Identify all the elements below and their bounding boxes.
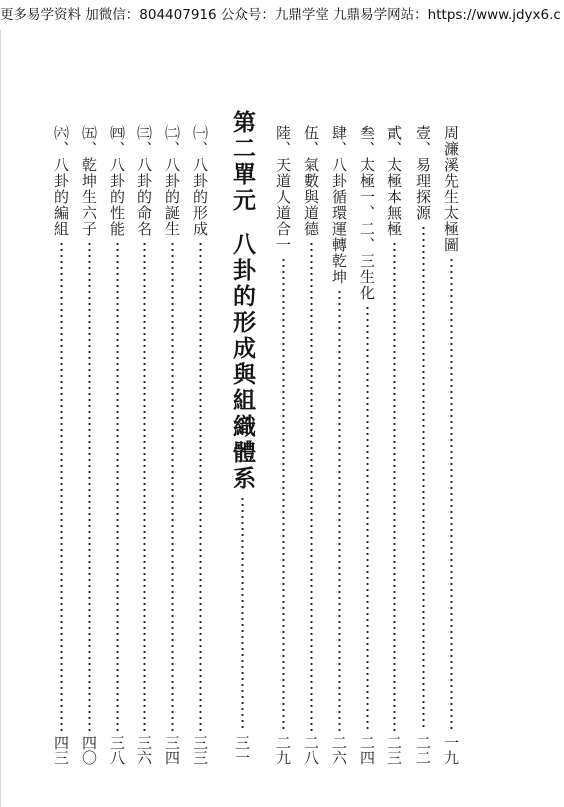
banner-text: 更多易学资料 加微信：804407916 公众号：九鼎学堂 九鼎易学网站：htt… bbox=[0, 0, 561, 30]
leader-dots bbox=[393, 241, 396, 731]
toc-entry-page: 二四 bbox=[356, 735, 378, 765]
toc-chapter-2[interactable]: 第二單元八卦的形成與組織體系 三一 bbox=[225, 110, 259, 765]
toc-entry-title: 壹、易理探源 bbox=[412, 125, 434, 221]
toc-page: 周濂溪先生太極圖 一九 壹、易理探源 二二 貳、太極本無極 二三 叁、太極一、二… bbox=[0, 30, 564, 807]
leader-dots bbox=[88, 241, 91, 731]
toc-entry-title: 伍、氣數與道德 bbox=[300, 125, 322, 237]
toc-entry-part-4[interactable]: 肆、八卦循環運轉乾坤 二六 bbox=[328, 125, 350, 765]
toc-entry-title: 周濂溪先生太極圖 bbox=[440, 125, 462, 253]
leader-dots bbox=[171, 241, 174, 731]
toc-entry-page: 三三 bbox=[189, 735, 211, 765]
leader-dots bbox=[338, 289, 341, 731]
toc-entry-page: 四〇 bbox=[78, 735, 100, 765]
leader-dots bbox=[282, 257, 285, 731]
toc-entry-title: ㈠、八卦的形成 bbox=[189, 125, 211, 237]
toc-entry-title: ㈡、八卦的誕生 bbox=[161, 125, 183, 237]
toc-entry-page: 四三 bbox=[50, 735, 72, 765]
toc-entry-title: 貳、太極本無極 bbox=[383, 125, 405, 237]
toc-entry-page: 二二 bbox=[412, 735, 434, 765]
toc-entry-part-1[interactable]: 壹、易理探源 二二 bbox=[412, 125, 434, 765]
toc-entry-page: 二三 bbox=[383, 735, 405, 765]
leader-dots bbox=[60, 241, 63, 731]
toc-entry-page: 二六 bbox=[328, 735, 350, 765]
toc-entry-part-6[interactable]: 陸、天道人道合一 二九 bbox=[272, 125, 294, 765]
toc-entry-title: ㈤、乾坤生六子 bbox=[78, 125, 100, 237]
toc-entry-page: 一九 bbox=[440, 735, 462, 765]
toc-entry-page: 二九 bbox=[272, 735, 294, 765]
toc-entry-page: 二八 bbox=[300, 735, 322, 765]
leader-dots bbox=[199, 241, 202, 731]
toc-entry-part-5[interactable]: 伍、氣數與道德 二八 bbox=[300, 125, 322, 765]
toc-entry-part-3[interactable]: 叁、太極一、二、三生化 二四 bbox=[356, 125, 378, 765]
toc-entry-page: 三一 bbox=[231, 735, 253, 765]
toc-entry-zhou-lianxi[interactable]: 周濂溪先生太極圖 一九 bbox=[440, 125, 462, 765]
toc-entry-page: 三八 bbox=[106, 735, 128, 765]
toc-entry-part-2[interactable]: 貳、太極本無極 二三 bbox=[383, 125, 405, 765]
chapter-title: 八卦的形成與組織體系 bbox=[229, 232, 256, 492]
leader-dots bbox=[116, 241, 119, 731]
toc-entry-page: 三六 bbox=[133, 735, 155, 765]
toc-subentry-3[interactable]: ㈢、八卦的命名 三六 bbox=[133, 125, 155, 765]
toc-entry-title: 叁、太極一、二、三生化 bbox=[356, 125, 378, 301]
watermark-banner: 更多易学资料 加微信：804407916 公众号：九鼎学堂 九鼎易学网站：htt… bbox=[0, 0, 564, 30]
leader-dots bbox=[143, 241, 146, 731]
toc-subentry-5[interactable]: ㈤、乾坤生六子 四〇 bbox=[78, 125, 100, 765]
toc-entry-title: ㈣、八卦的性能 bbox=[106, 125, 128, 237]
toc-entry-title: ㈢、八卦的命名 bbox=[133, 125, 155, 237]
leader-dots bbox=[241, 496, 244, 731]
leader-dots bbox=[422, 225, 425, 731]
toc-subentry-6[interactable]: ㈥、八卦的編組 四三 bbox=[50, 125, 72, 765]
toc-entry-title: 陸、天道人道合一 bbox=[272, 125, 294, 253]
leader-dots bbox=[310, 241, 313, 731]
leader-dots bbox=[366, 305, 369, 731]
toc-subentry-4[interactable]: ㈣、八卦的性能 三八 bbox=[106, 125, 128, 765]
leader-dots bbox=[450, 257, 453, 731]
chapter-label: 第二單元 bbox=[229, 110, 256, 214]
toc-subentry-2[interactable]: ㈡、八卦的誕生 三四 bbox=[161, 125, 183, 765]
toc-entry-title: 肆、八卦循環運轉乾坤 bbox=[328, 125, 350, 285]
toc-subentry-1[interactable]: ㈠、八卦的形成 三三 bbox=[189, 125, 211, 765]
toc-entry-title: ㈥、八卦的編組 bbox=[50, 125, 72, 237]
toc-entry-page: 三四 bbox=[161, 735, 183, 765]
chapter-heading: 第二單元八卦的形成與組織體系 bbox=[225, 110, 259, 492]
